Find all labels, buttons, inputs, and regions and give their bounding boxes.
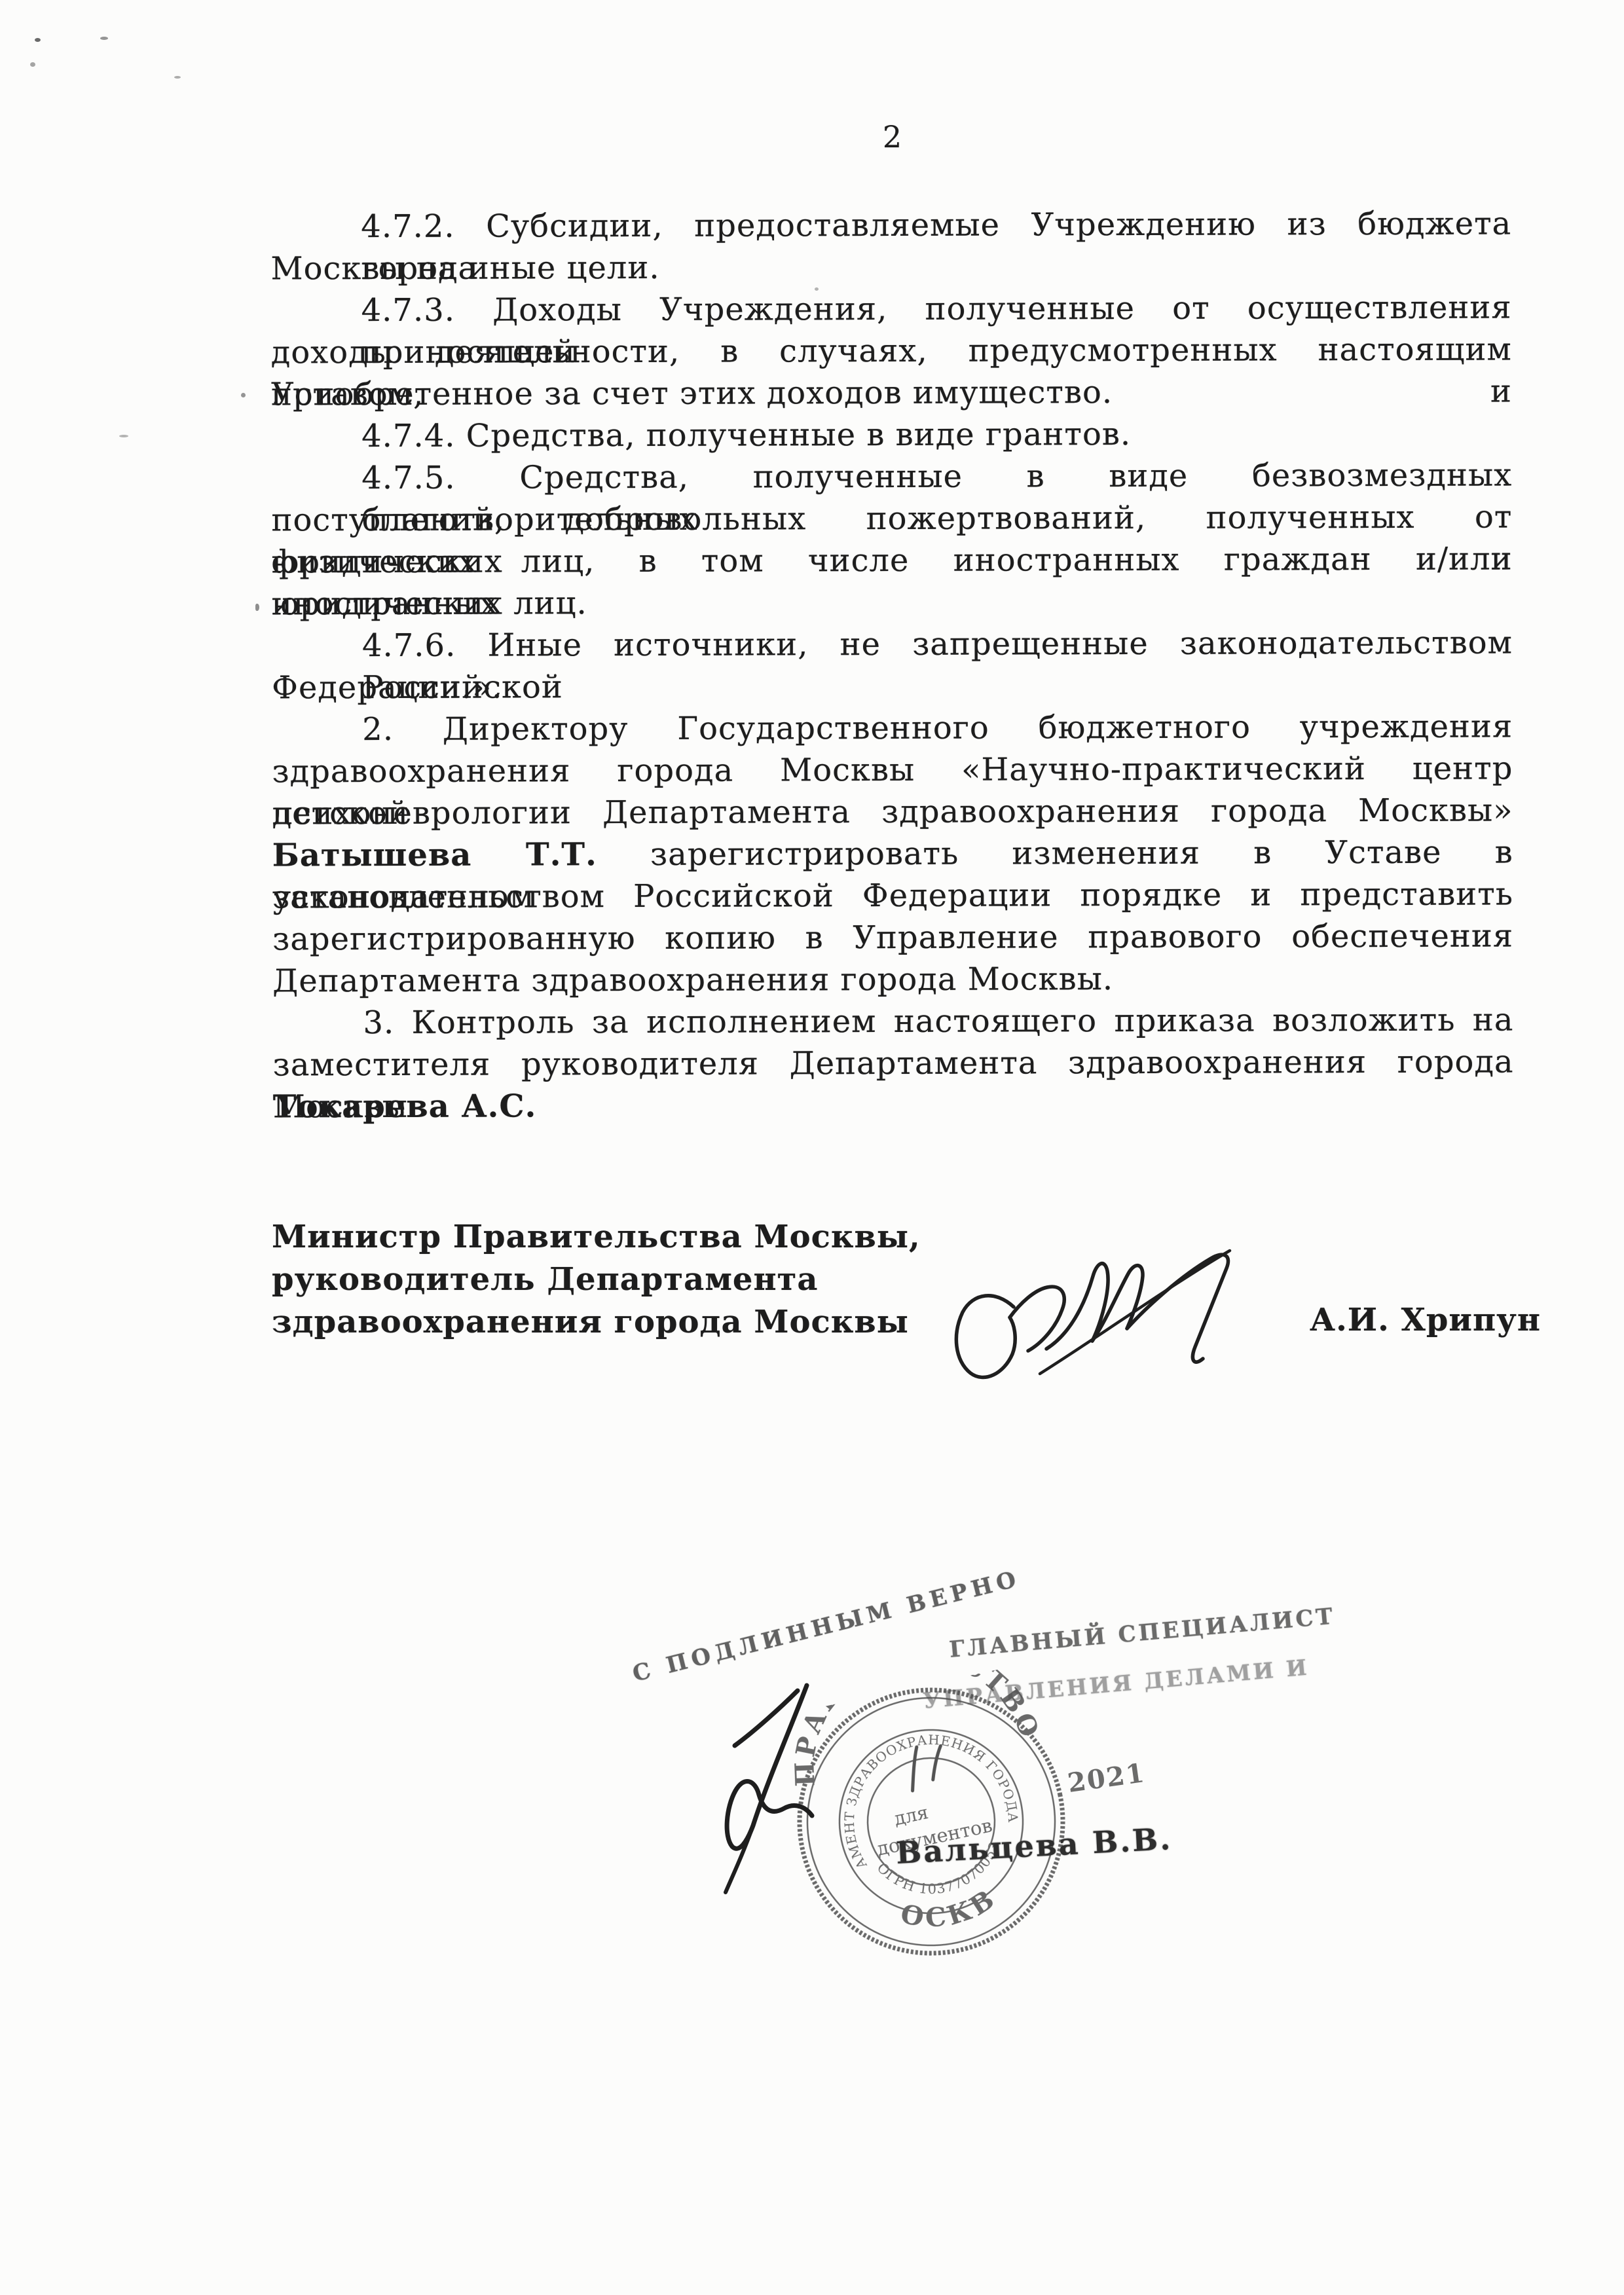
scan-speck	[100, 37, 108, 40]
body-line: доходы деятельности, в случаях, предусмо…	[271, 329, 1512, 374]
round-official-stamp: ПРАВИТЕЛЬСТВО МОСКВЫ ДЕПАРТАМЕНТ ЗДРАВОО…	[771, 1662, 1092, 1982]
stamp-year: 2021	[1065, 1757, 1147, 1799]
body-text: 4.7.2. Субсидии, предоставляемые Учрежде…	[270, 203, 1514, 1128]
body-line: 4.7.5. Средства, полученные в виде безво…	[271, 454, 1512, 500]
body-line: 3. Контроль за исполнением настоящего пр…	[272, 999, 1513, 1044]
chief-specialist-stamp-text: ГЛАВНЫЙ СПЕЦИАЛИСТ	[948, 1603, 1336, 1662]
stamp-center-line1: для	[892, 1801, 930, 1829]
certified-true-copy-stamp-text: С ПОДЛИННЫМ ВЕРНО	[630, 1566, 1023, 1687]
page-number: 2	[272, 119, 1513, 155]
body-line: заместителя руководителя Департамента зд…	[273, 1041, 1514, 1086]
document-page: 2 4.7.2. Субсидии, предоставляемые Учреж…	[0, 0, 1624, 2295]
body-line: 4.7.4. Средства, полученные в виде грант…	[271, 413, 1512, 458]
signature-block-line: Министр Правительства Москвы,	[272, 1216, 927, 1258]
signature-block-line: здравоохранения города Москвы	[272, 1301, 927, 1344]
body-line: 4.7.6. Иные источники, не запрещенные за…	[272, 622, 1513, 667]
body-line: юридических лиц.	[272, 580, 1513, 625]
signer-name: А.И. Хрипун	[1310, 1302, 1541, 1338]
body-line: психоневрологии Департамента здравоохран…	[272, 790, 1513, 835]
body-line: Москвы на иные цели.	[270, 245, 1511, 290]
scan-speck	[30, 62, 35, 67]
signature-block-line: руководитель Департамента	[272, 1258, 927, 1301]
body-line: Токарева А.С.	[273, 1083, 1514, 1128]
body-line: 4.7.3. Доходы Учреждения, полученные от …	[270, 287, 1511, 332]
scan-speck	[815, 287, 819, 291]
scan-speck	[255, 604, 259, 611]
body-line: поступлений, добровольных пожертвований,…	[271, 496, 1512, 542]
body-line: здравоохранения города Москвы «Научно-пр…	[272, 748, 1513, 793]
scan-speck	[174, 76, 181, 79]
body-line: Федерации.».	[272, 664, 1513, 709]
body-line: 4.7.2. Субсидии, предоставляемые Учрежде…	[270, 203, 1511, 248]
body-line: законодательством Российской Федерации п…	[272, 873, 1513, 919]
khripun-signature	[956, 1251, 1230, 1378]
body-line: зарегистрированную копию в Управление пр…	[272, 915, 1513, 961]
scan-speck	[241, 393, 246, 397]
body-line: 2. Директору Государственного бюджетного…	[272, 706, 1513, 751]
scan-speck	[119, 435, 128, 437]
signature-block: Министр Правительства Москвы, руководите…	[272, 1216, 927, 1344]
scan-speck	[35, 38, 41, 42]
body-line: физических лиц, в том числе иностранных …	[272, 538, 1513, 583]
body-line: Департамента здравоохранения города Моск…	[272, 957, 1513, 1002]
body-line: Батышева Т.Т. зарегистрировать изменения…	[272, 832, 1513, 877]
